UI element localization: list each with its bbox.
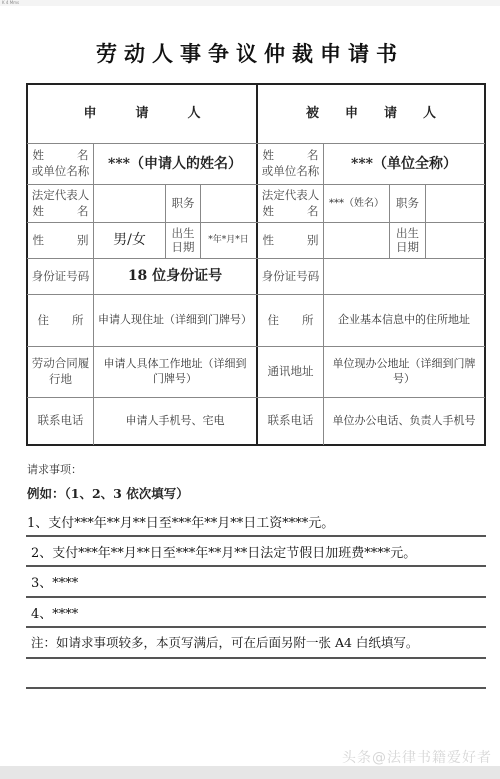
applicant-phone-value[interactable]: 申请人手机号、宅电 <box>94 398 256 444</box>
label-part: 法定代表人 <box>32 188 90 204</box>
applicant-gender-value[interactable]: 男/女 <box>94 223 165 258</box>
label-part: 日期 <box>172 241 195 255</box>
value-part: 门牌号） <box>153 372 197 387</box>
label-part: 名 <box>77 148 89 164</box>
label-part: 出生 <box>396 227 419 241</box>
applicant-name-label: 姓名 或单位名称 <box>28 144 93 184</box>
respondent-mail-label: 通讯地址 <box>258 347 323 397</box>
applicant-legal-rep-label: 法定代表人 姓名 <box>28 185 93 222</box>
respondent-gender-label: 性别 <box>258 223 323 258</box>
value-part: 申请人具体工作地址（详细到 <box>104 357 247 372</box>
underline <box>26 626 486 628</box>
applicant-address-value[interactable]: 申请人现住址（详细到门牌号） <box>94 295 256 346</box>
respondent-mail-value[interactable]: 单位现办公地址（详细到门牌 号） <box>324 347 484 397</box>
respondent-birth-value[interactable] <box>426 223 484 258</box>
applicant-birth-label: 出生 日期 <box>166 223 200 258</box>
label-part: 性 <box>263 233 275 249</box>
respondent-address-value[interactable]: 企业基本信息中的住所地址 <box>324 295 484 346</box>
bottom-bar <box>0 766 500 779</box>
label-part: 性 <box>33 233 45 249</box>
applicant-id-label: 身份证号码 <box>28 259 93 294</box>
label-part: 出生 <box>172 227 195 241</box>
document-title: 劳动人事争议仲裁申请书 <box>0 38 500 68</box>
applicant-address-label: 住所 <box>28 295 93 346</box>
applicant-phone-label: 联系电话 <box>28 398 93 444</box>
respondent-name-value[interactable]: ***（单位全称） <box>324 144 484 184</box>
label-part: 所 <box>72 313 84 329</box>
requests-note: 注：如请求事项较多，本页写满后，可在后面另附一张 A4 白纸填写。 <box>31 633 418 651</box>
label-part: 名 <box>77 204 89 220</box>
respondent-name-label: 姓名 或单位名称 <box>258 144 323 184</box>
respondent-gender-value[interactable] <box>324 223 389 258</box>
applicant-header: 申 请 人 <box>28 85 256 143</box>
label-part: 别 <box>77 233 89 249</box>
respondent-phone-label: 联系电话 <box>258 398 323 444</box>
requests-label: 请求事项： <box>27 461 82 477</box>
respondent-legal-rep-label: 法定代表人 姓名 <box>258 185 323 222</box>
respondent-birth-label: 出生 日期 <box>390 223 425 258</box>
request-item[interactable]: 1、支付***年**月**日至***年**月**日工资****元。 <box>27 512 334 531</box>
applicant-birth-value[interactable]: *年*月*日 <box>201 223 256 258</box>
label-part: 别 <box>307 233 319 249</box>
underline <box>26 535 486 537</box>
label-part: 姓 <box>33 204 45 220</box>
underline <box>26 565 486 567</box>
requests-example: 例如：（1、2、3 依次填写） <box>27 484 189 502</box>
value-part: 号） <box>393 372 415 387</box>
respondent-phone-value[interactable]: 单位办公电话、负责人手机号 <box>324 398 484 444</box>
label-part: 名 <box>307 204 319 220</box>
respondent-position-label: 职务 <box>390 185 425 222</box>
label-part: 住 <box>268 313 280 329</box>
label-part: 日期 <box>396 241 419 255</box>
applicant-name-value[interactable]: ***（申请人的姓名） <box>94 144 256 184</box>
label-part: 行地 <box>49 372 72 388</box>
respondent-header: 被 申 请 人 <box>258 85 484 143</box>
watermark: 头条@法律书籍爱好者 <box>342 747 492 767</box>
label-part: 法定代表人 <box>262 188 320 204</box>
label-part: 姓 <box>263 204 275 220</box>
label-part: 劳动合同履 <box>32 356 90 372</box>
top-bar: K 4 Mms <box>0 0 500 6</box>
respondent-id-value[interactable] <box>324 259 484 294</box>
label-part: 名 <box>307 148 319 164</box>
underline <box>26 596 486 598</box>
label-part: 所 <box>302 313 314 329</box>
respondent-legal-rep-value[interactable]: ***（姓名） <box>324 185 389 222</box>
applicant-position-value[interactable] <box>201 185 256 222</box>
respondent-id-label: 身份证号码 <box>258 259 323 294</box>
respondent-position-value[interactable] <box>426 185 484 222</box>
applicant-work-place-label: 劳动合同履 行地 <box>28 347 93 397</box>
label-part: 或单位名称 <box>262 164 320 180</box>
request-item[interactable]: 3、**** <box>31 572 78 591</box>
request-item[interactable]: 4、**** <box>31 603 78 622</box>
applicant-gender-label: 性别 <box>28 223 93 258</box>
respondent-address-label: 住所 <box>258 295 323 346</box>
label-part: 姓 <box>263 148 275 164</box>
underline <box>26 687 486 689</box>
applicant-id-value[interactable]: 18 位身份证号 <box>94 259 256 294</box>
label-part: 住 <box>38 313 50 329</box>
underline <box>26 657 486 659</box>
label-part: 姓 <box>33 148 45 164</box>
applicant-position-label: 职务 <box>166 185 200 222</box>
applicant-legal-rep-value[interactable] <box>94 185 165 222</box>
label-part: 或单位名称 <box>32 164 90 180</box>
value-part: 单位现办公地址（详细到门牌 <box>333 357 476 372</box>
applicant-work-place-value[interactable]: 申请人具体工作地址（详细到 门牌号） <box>94 347 256 397</box>
top-bar-text: K 4 Mms <box>2 0 19 5</box>
request-item[interactable]: 2、支付***年**月**日至***年**月**日法定节假日加班费****元。 <box>31 542 416 561</box>
